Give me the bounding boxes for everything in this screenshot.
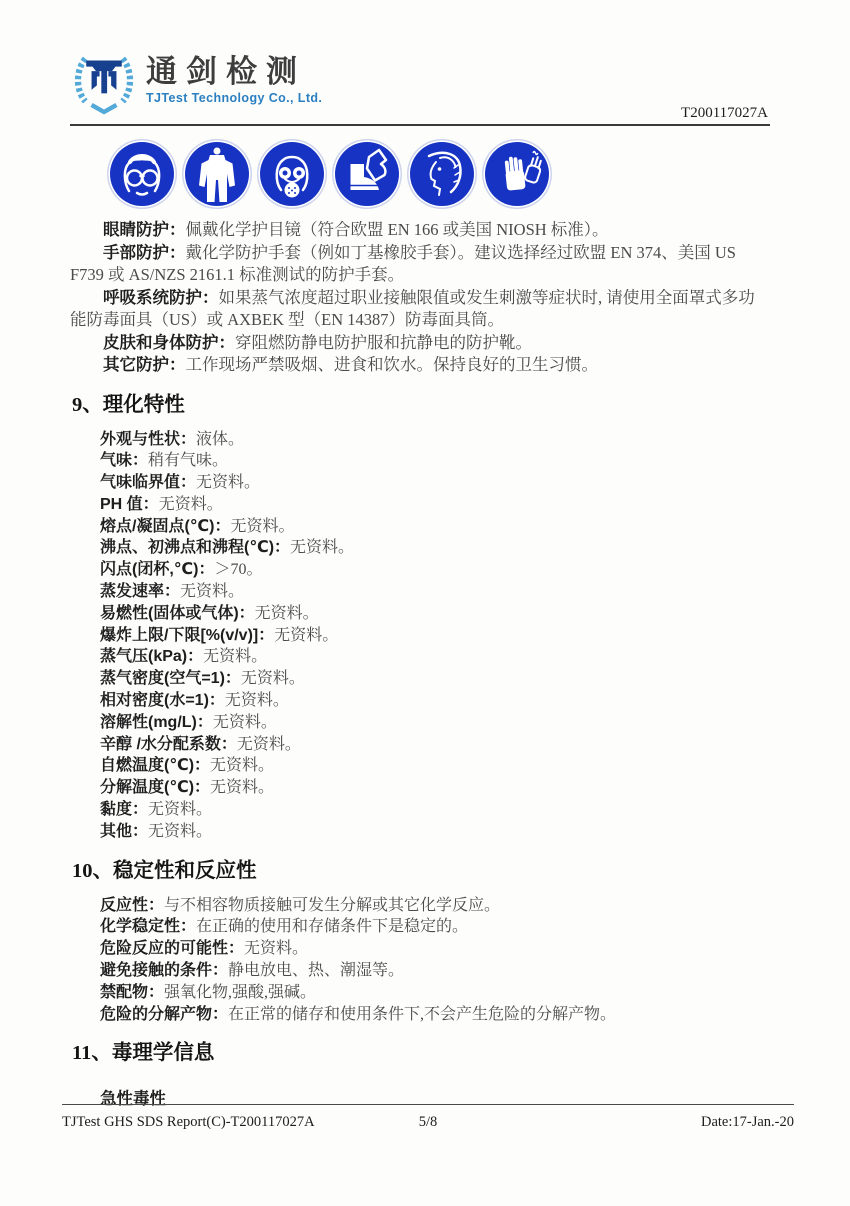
property-value: 无资料。 bbox=[148, 823, 212, 840]
property-row: 危险的分解产物：在正常的储存和使用条件下,不会产生危险的分解产物。 bbox=[100, 1004, 770, 1026]
ppe-pictograms-row bbox=[106, 138, 770, 210]
property-row: 自燃温度(℃)：无资料。 bbox=[100, 755, 770, 777]
property-value: 静电放电、热、潮湿等。 bbox=[228, 962, 404, 979]
section-10-title: 10、稳定性和反应性 bbox=[72, 857, 770, 885]
property-row: 蒸发速率：无资料。 bbox=[100, 581, 770, 603]
company-name: 通剑检测 bbox=[146, 54, 322, 90]
protection-text: 工作现场严禁吸烟、进食和饮水。保持良好的卫生习惯。 bbox=[186, 355, 599, 374]
protection-paragraph: 手部防护：戴化学防护手套（例如丁基橡胶手套）。建议选择经过欧盟 EN 374、美… bbox=[70, 242, 770, 287]
report-number: T200117027A bbox=[681, 105, 768, 122]
property-label: 分解温度(℃)： bbox=[100, 779, 210, 796]
property-row: 气味临界值：无资料。 bbox=[100, 472, 770, 494]
property-label: 沸点、初沸点和沸程(℃)： bbox=[100, 539, 290, 556]
page-footer: TJTest GHS SDS Report(C)-T200117027A 5/8… bbox=[62, 1104, 794, 1131]
property-value: 无资料。 bbox=[230, 518, 294, 535]
property-row: 黏度：无资料。 bbox=[100, 799, 770, 821]
property-value: 无资料。 bbox=[213, 714, 277, 731]
protection-label: 呼吸系统防护： bbox=[103, 289, 219, 307]
property-label: 蒸气压(kPa)： bbox=[100, 648, 203, 665]
property-row: 化学稳定性：在正确的使用和存储条件下是稳定的。 bbox=[100, 916, 770, 938]
property-value: 无资料。 bbox=[196, 474, 260, 491]
property-label: 蒸气密度(空气=1)： bbox=[100, 670, 241, 687]
wear-safety-boots-icon bbox=[331, 138, 403, 210]
tjtest-emblem-icon bbox=[72, 44, 136, 116]
property-label: 危险反应的可能性： bbox=[100, 940, 244, 957]
property-value: 无资料。 bbox=[290, 539, 354, 556]
property-row: 危险反应的可能性：无资料。 bbox=[100, 938, 770, 960]
protection-measures: 眼睛防护：佩戴化学护目镜（符合欧盟 EN 166 或美国 NIOSH 标准）。 … bbox=[70, 219, 770, 377]
protection-paragraph: 眼睛防护：佩戴化学护目镜（符合欧盟 EN 166 或美国 NIOSH 标准）。 bbox=[70, 219, 770, 242]
property-row: 禁配物：强氧化物,强酸,强碱。 bbox=[100, 982, 770, 1004]
property-value: 在正确的使用和存储条件下是稳定的。 bbox=[196, 918, 468, 935]
property-label: 反应性： bbox=[100, 897, 164, 914]
protection-paragraph: 皮肤和身体防护：穿阻燃防静电防护服和抗静电的防护靴。 bbox=[70, 332, 770, 355]
property-value: 无资料。 bbox=[237, 736, 301, 753]
property-label: 蒸发速率： bbox=[100, 583, 180, 600]
property-row: 熔点/凝固点(℃)：无资料。 bbox=[100, 516, 770, 538]
property-row: 气味：稍有气味。 bbox=[100, 450, 770, 472]
page-header: 通剑检测 TJTest Technology Co., Ltd. T200117… bbox=[70, 44, 770, 122]
property-label: 避免接触的条件： bbox=[100, 962, 228, 979]
property-row: 相对密度(水=1)：无资料。 bbox=[100, 690, 770, 712]
property-label: 溶解性(mg/L)： bbox=[100, 714, 213, 731]
property-value: ＞70。 bbox=[214, 561, 262, 578]
property-row: 蒸气压(kPa)：无资料。 bbox=[100, 646, 770, 668]
property-label: 熔点/凝固点(℃)： bbox=[100, 518, 230, 535]
property-value: 无资料。 bbox=[225, 692, 289, 709]
property-label: 其他： bbox=[100, 823, 148, 840]
physical-properties-list: 外观与性状：液体。 气味：稍有气味。 气味临界值：无资料。 PH 值：无资料。 … bbox=[100, 429, 770, 843]
wear-protective-clothing-icon bbox=[181, 138, 253, 210]
property-row: 其他：无资料。 bbox=[100, 821, 770, 843]
property-value: 在正常的储存和使用条件下,不会产生危险的分解产物。 bbox=[228, 1006, 616, 1023]
protection-label: 皮肤和身体防护： bbox=[103, 334, 235, 352]
protection-label: 手部防护： bbox=[103, 244, 186, 262]
header-divider bbox=[70, 124, 770, 126]
property-label: 易燃性(固体或气体)： bbox=[100, 605, 255, 622]
section-11-title: 11、毒理学信息 bbox=[72, 1039, 770, 1067]
protection-label: 其它防护： bbox=[103, 356, 186, 374]
wear-respirator-icon bbox=[256, 138, 328, 210]
property-label: 禁配物： bbox=[100, 984, 164, 1001]
property-value: 无资料。 bbox=[210, 779, 274, 796]
property-label: 爆炸上限/下限[%(v/v)]： bbox=[100, 627, 274, 644]
property-value: 无资料。 bbox=[255, 605, 319, 622]
property-value: 稍有气味。 bbox=[148, 452, 228, 469]
wear-protective-gloves-icon bbox=[481, 138, 553, 210]
protection-paragraph: 呼吸系统防护：如果蒸气浓度超过职业接触限值或发生刺激等症状时, 请使用全面罩式多… bbox=[70, 287, 770, 332]
property-label: 气味临界值： bbox=[100, 474, 196, 491]
property-label: 相对密度(水=1)： bbox=[100, 692, 225, 709]
footer-date: Date:17-Jan.-20 bbox=[701, 1114, 794, 1131]
footer-page-number: 5/8 bbox=[419, 1114, 438, 1131]
wear-face-shield-icon bbox=[406, 138, 478, 210]
property-row: 反应性：与不相容物质接触可发生分解或其它化学反应。 bbox=[100, 895, 770, 917]
property-value: 无资料。 bbox=[274, 627, 338, 644]
property-label: 辛醇 /水分配系数： bbox=[100, 736, 237, 753]
protection-label: 眼睛防护： bbox=[103, 221, 186, 239]
property-label: 化学稳定性： bbox=[100, 918, 196, 935]
property-value: 强氧化物,强酸,强碱。 bbox=[164, 984, 316, 1001]
stability-reactivity-list: 反应性：与不相容物质接触可发生分解或其它化学反应。 化学稳定性：在正确的使用和存… bbox=[100, 895, 770, 1026]
property-label: 自燃温度(℃)： bbox=[100, 757, 210, 774]
property-value: 液体。 bbox=[196, 431, 244, 448]
property-row: 避免接触的条件：静电放电、热、潮湿等。 bbox=[100, 960, 770, 982]
property-label: 危险的分解产物： bbox=[100, 1006, 228, 1023]
property-label: 黏度： bbox=[100, 801, 148, 818]
property-label: 闪点(闭杯,℃)： bbox=[100, 561, 214, 578]
property-value: 与不相容物质接触可发生分解或其它化学反应。 bbox=[164, 897, 500, 914]
property-value: 无资料。 bbox=[241, 670, 305, 687]
property-label: PH 值： bbox=[100, 496, 159, 513]
property-row: 辛醇 /水分配系数：无资料。 bbox=[100, 734, 770, 756]
property-value: 无资料。 bbox=[203, 648, 267, 665]
property-row: 溶解性(mg/L)：无资料。 bbox=[100, 712, 770, 734]
company-logo: 通剑检测 TJTest Technology Co., Ltd. bbox=[72, 44, 770, 116]
property-label: 气味： bbox=[100, 452, 148, 469]
property-value: 无资料。 bbox=[148, 801, 212, 818]
logo-text: 通剑检测 TJTest Technology Co., Ltd. bbox=[146, 44, 322, 105]
property-value: 无资料。 bbox=[244, 940, 308, 957]
property-value: 无资料。 bbox=[180, 583, 244, 600]
protection-text: 穿阻燃防静电防护服和抗静电的防护靴。 bbox=[235, 333, 532, 352]
protection-paragraph: 其它防护：工作现场严禁吸烟、进食和饮水。保持良好的卫生习惯。 bbox=[70, 354, 770, 377]
property-label: 外观与性状： bbox=[100, 431, 196, 448]
property-row: 外观与性状：液体。 bbox=[100, 429, 770, 451]
property-row: 爆炸上限/下限[%(v/v)]：无资料。 bbox=[100, 625, 770, 647]
sds-document-page: 通剑检测 TJTest Technology Co., Ltd. T200117… bbox=[0, 0, 850, 1206]
footer-report-id: TJTest GHS SDS Report(C)-T200117027A bbox=[62, 1114, 315, 1131]
property-value: 无资料。 bbox=[210, 757, 274, 774]
company-name-en: TJTest Technology Co., Ltd. bbox=[146, 91, 322, 105]
property-value: 无资料。 bbox=[159, 496, 223, 513]
property-row: 分解温度(℃)：无资料。 bbox=[100, 777, 770, 799]
wear-eye-protection-icon bbox=[106, 138, 178, 210]
property-row: 沸点、初沸点和沸程(℃)：无资料。 bbox=[100, 537, 770, 559]
property-row: 蒸气密度(空气=1)：无资料。 bbox=[100, 668, 770, 690]
section-9-title: 9、理化特性 bbox=[72, 391, 770, 419]
protection-text: 佩戴化学护目镜（符合欧盟 EN 166 或美国 NIOSH 标准）。 bbox=[186, 220, 609, 239]
property-row: 易燃性(固体或气体)：无资料。 bbox=[100, 603, 770, 625]
property-row: 闪点(闭杯,℃)：＞70。 bbox=[100, 559, 770, 581]
property-row: PH 值：无资料。 bbox=[100, 494, 770, 516]
